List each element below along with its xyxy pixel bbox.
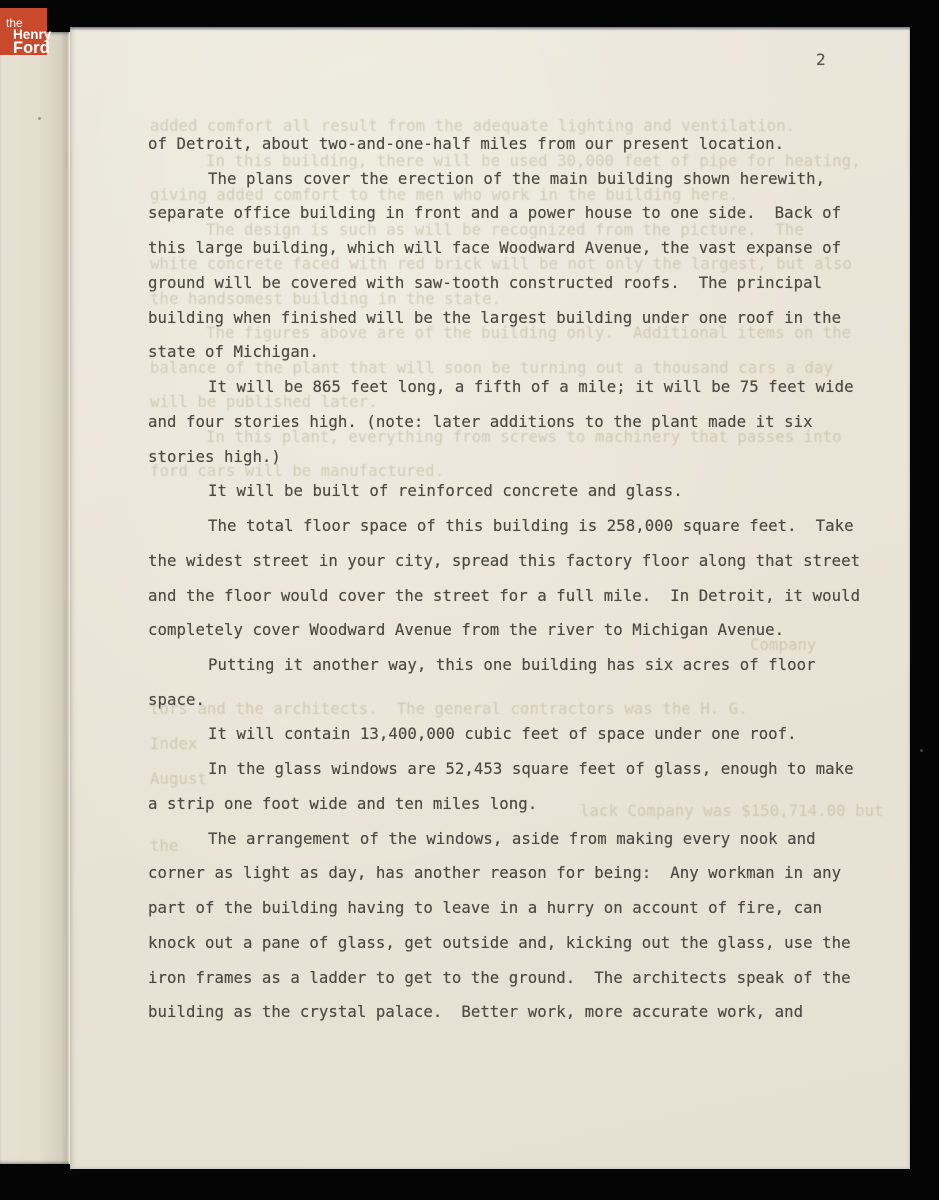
text-line: of Detroit, about two-and-one-half miles… <box>148 127 888 162</box>
text-line: It will be built of reinforced concrete … <box>148 474 888 509</box>
text-line: a strip one foot wide and ten miles long… <box>148 787 888 822</box>
text-line: In the glass windows are 52,453 square f… <box>148 752 888 787</box>
text-line: It will be 865 feet long, a fifth of a m… <box>148 370 888 405</box>
text-line: It will contain 13,400,000 cubic feet of… <box>148 717 888 752</box>
text-line: separate office building in front and a … <box>148 196 888 231</box>
text-line: corner as light as day, has another reas… <box>148 856 888 891</box>
text-line: ground will be covered with saw-tooth co… <box>148 266 888 301</box>
scanned-document-view: 2 added comfort all result from the adeq… <box>0 0 939 1200</box>
text-line: The total floor space of this building i… <box>148 509 888 544</box>
text-line: completely cover Woodward Avenue from th… <box>148 613 888 648</box>
text-line: stories high.) <box>148 440 888 475</box>
text-line: this large building, which will face Woo… <box>148 231 888 266</box>
text-line: and the floor would cover the street for… <box>148 579 888 614</box>
page-number: 2 <box>816 50 826 69</box>
text-line: The plans cover the erection of the main… <box>148 162 888 197</box>
document-page: 2 added comfort all result from the adeq… <box>70 27 910 1169</box>
text-line: the widest street in your city, spread t… <box>148 544 888 579</box>
henry-ford-archive-logo: the Henry Ford <box>0 8 47 55</box>
paper-speck <box>920 749 923 752</box>
text-line: building when finished will be the large… <box>148 301 888 336</box>
text-line: knock out a pane of glass, get outside a… <box>148 926 888 961</box>
text-line: part of the building having to leave in … <box>148 891 888 926</box>
typewritten-text: of Detroit, about two-and-one-half miles… <box>148 127 888 1030</box>
paper-speck <box>38 117 41 120</box>
text-line: and four stories high. (note: later addi… <box>148 405 888 440</box>
text-line: The arrangement of the windows, aside fr… <box>148 822 888 857</box>
text-line: iron frames as a ladder to get to the gr… <box>148 961 888 996</box>
text-line: building as the crystal palace. Better w… <box>148 995 888 1030</box>
text-line: state of Michigan. <box>148 335 888 370</box>
underlying-page-edge <box>0 32 71 1164</box>
text-line: space. <box>148 683 888 718</box>
logo-text-ford: Ford <box>13 40 50 57</box>
text-line: Putting it another way, this one buildin… <box>148 648 888 683</box>
